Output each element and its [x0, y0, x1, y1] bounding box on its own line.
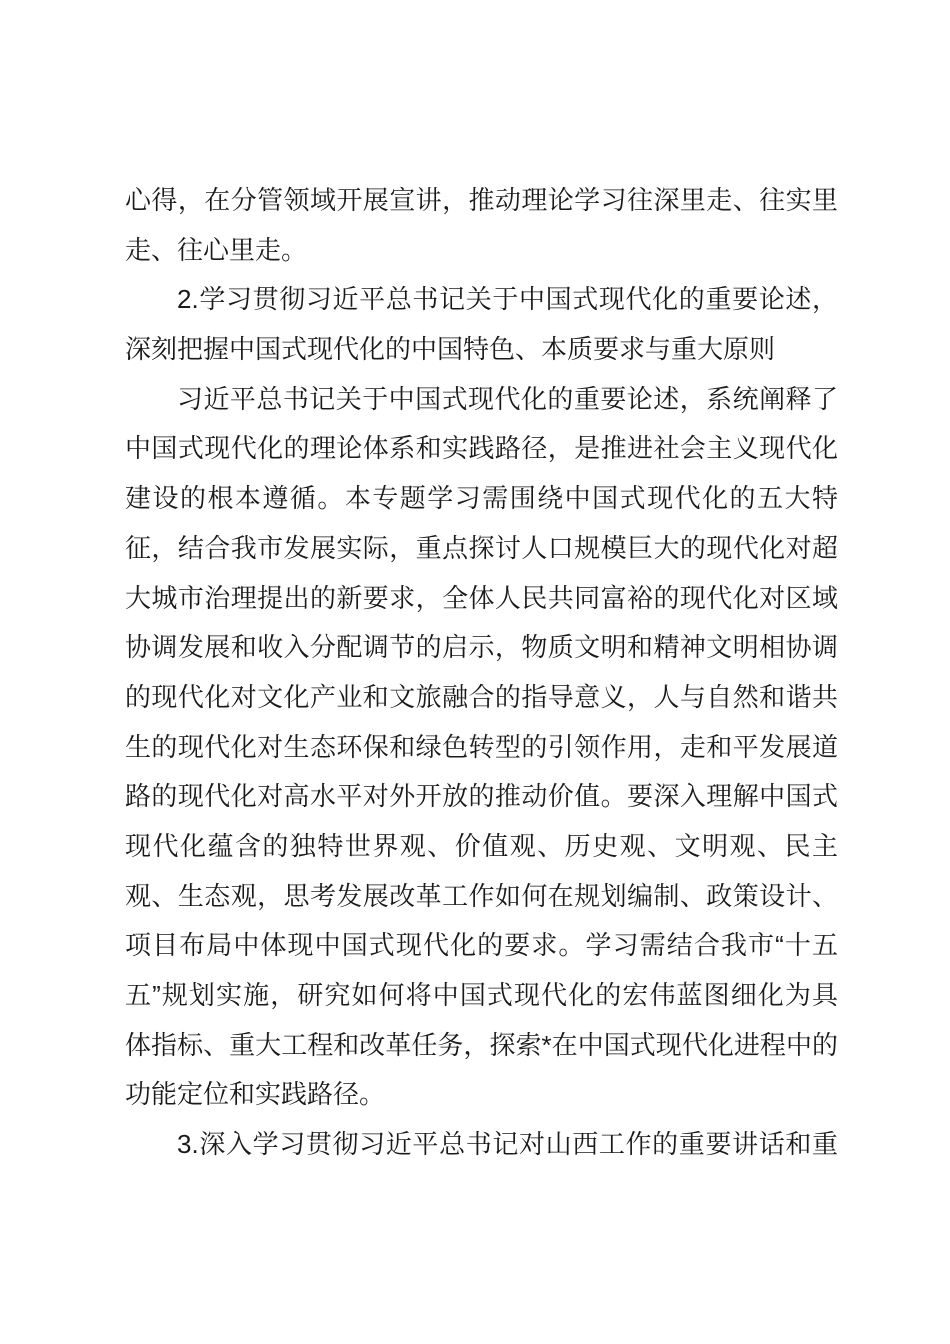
text-line: 协调发展和收入分配调节的启示，物质文明和精神文明相协调 — [125, 623, 838, 673]
text-line: 2.学习贯彻习近平总书记关于中国式现代化的重要论述， — [125, 275, 838, 325]
text-line: 3.深入学习贯彻习近平总书记对山西工作的重要讲话和重 — [125, 1120, 838, 1170]
heading-item-3-shanxi-work: 3.深入学习贯彻习近平总书记对山西工作的重要讲话和重 — [125, 1120, 838, 1170]
text-line: 的现代化对文化产业和文旅融合的指导意义，人与自然和谐共 — [125, 673, 838, 723]
text-line: 心得，在分管领域开展宣讲，推动理论学习往深里走、往实里 — [125, 176, 838, 226]
text-line: 建设的根本遵循。本专题学习需围绕中国式现代化的五大特 — [125, 474, 838, 524]
document-page: 心得，在分管领域开展宣讲，推动理论学习往深里走、往实里走、往心里走。2.学习贯彻… — [0, 0, 950, 1344]
text-line: 习近平总书记关于中国式现代化的重要论述，系统阐释了 — [125, 375, 838, 425]
text-line: 功能定位和实践路径。 — [125, 1070, 838, 1120]
text-line: 项目布局中体现中国式现代化的要求。学习需结合我市“十五 — [125, 921, 838, 971]
text-line: 走、往心里走。 — [125, 226, 838, 276]
text-line: 深刻把握中国式现代化的中国特色、本质要求与重大原则 — [125, 325, 838, 375]
text-line: 中国式现代化的理论体系和实践路径，是推进社会主义现代化 — [125, 424, 838, 474]
text-line: 路的现代化对高水平对外开放的推动价值。要深入理解中国式 — [125, 772, 838, 822]
document-text-block: 心得，在分管领域开展宣讲，推动理论学习往深里走、往实里走、往心里走。2.学习贯彻… — [125, 176, 838, 1170]
text-line: 现代化蕴含的独特世界观、价值观、历史观、文明观、民主 — [125, 822, 838, 872]
text-line: 生的现代化对生态环保和绿色转型的引领作用，走和平发展道 — [125, 723, 838, 773]
text-line: 体指标、重大工程和改革任务，探索*在中国式现代化进程中的 — [125, 1021, 838, 1071]
paragraph-continuation-theory-study: 心得，在分管领域开展宣讲，推动理论学习往深里走、往实里走、往心里走。 — [125, 176, 838, 275]
text-line: 大城市治理提出的新要求，全体人民共同富裕的现代化对区域 — [125, 574, 838, 624]
text-line: 五”规划实施，研究如何将中国式现代化的宏伟蓝图细化为具 — [125, 971, 838, 1021]
heading-item-2-chinese-modernization: 2.学习贯彻习近平总书记关于中国式现代化的重要论述，深刻把握中国式现代化的中国特… — [125, 275, 838, 374]
body-item-2-chinese-modernization: 习近平总书记关于中国式现代化的重要论述，系统阐释了中国式现代化的理论体系和实践路… — [125, 375, 838, 1120]
text-line: 观、生态观，思考发展改革工作如何在规划编制、政策设计、 — [125, 872, 838, 922]
text-line: 征，结合我市发展实际，重点探讨人口规模巨大的现代化对超 — [125, 524, 838, 574]
